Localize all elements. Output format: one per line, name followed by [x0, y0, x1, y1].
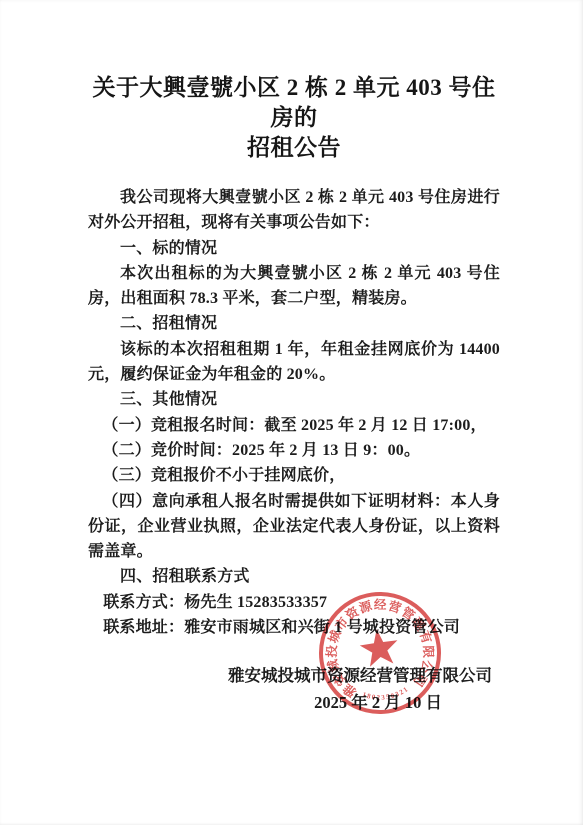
paragraph-8: （二）竞价时间：2025 年 2 月 13 日 9：00。	[88, 438, 500, 463]
paragraph-9: （三）竞租报价不小于挂网底价，	[88, 463, 500, 488]
paragraph-12: 联系方式：杨先生 15283533357	[88, 590, 500, 615]
paragraph-1: 我公司现将大興壹號小区 2 栋 2 单元 403 号住房进行对外公开招租，现将有…	[88, 185, 500, 236]
document-page: 关于大興壹號小区 2 栋 2 单元 403 号住房的 招租公告 我公司现将大興壹…	[0, 0, 583, 825]
document-body: 我公司现将大興壹號小区 2 栋 2 单元 403 号住房进行对外公开招租，现将有…	[88, 185, 500, 640]
signature-company: 雅安城投城市资源经营管理有限公司	[88, 662, 500, 689]
document-content: 关于大興壹號小区 2 栋 2 单元 403 号住房的 招租公告 我公司现将大興壹…	[88, 73, 500, 640]
signature-block: 雅安城投城市资源经营管理有限公司 2025 年 2 月 10 日	[88, 662, 500, 716]
signature-date: 2025 年 2 月 10 日	[88, 689, 500, 716]
document-title: 关于大興壹號小区 2 栋 2 单元 403 号住房的 招租公告	[88, 73, 500, 163]
paragraph-5: 该标的本次招租租期 1 年，年租金挂网底价为 14400 元，履约保证金为年租金…	[88, 337, 500, 388]
paragraph-13: 联系地址：雅安市雨城区和兴街 1 号城投资管公司	[88, 615, 500, 640]
document-title-line1: 关于大興壹號小区 2 栋 2 单元 403 号住房的	[93, 75, 496, 130]
paragraph-3: 本次出租标的为大興壹號小区 2 栋 2 单元 403 号住房，出租面积 78.3…	[88, 261, 500, 312]
document-title-line2: 招租公告	[247, 135, 341, 160]
paragraph-6: 三、其他情况	[88, 387, 500, 412]
paragraph-7: （一）竞租报名时间：截至 2025 年 2 月 12 日 17:00，	[88, 413, 500, 438]
paragraph-2: 一、标的情况	[88, 236, 500, 261]
paragraph-11: 四、招租联系方式	[88, 564, 500, 589]
paragraph-4: 二、招租情况	[88, 311, 500, 336]
paragraph-10: （四）意向承租人报名时需提供如下证明材料：本人身份证，企业营业执照，企业法定代表…	[88, 489, 500, 565]
